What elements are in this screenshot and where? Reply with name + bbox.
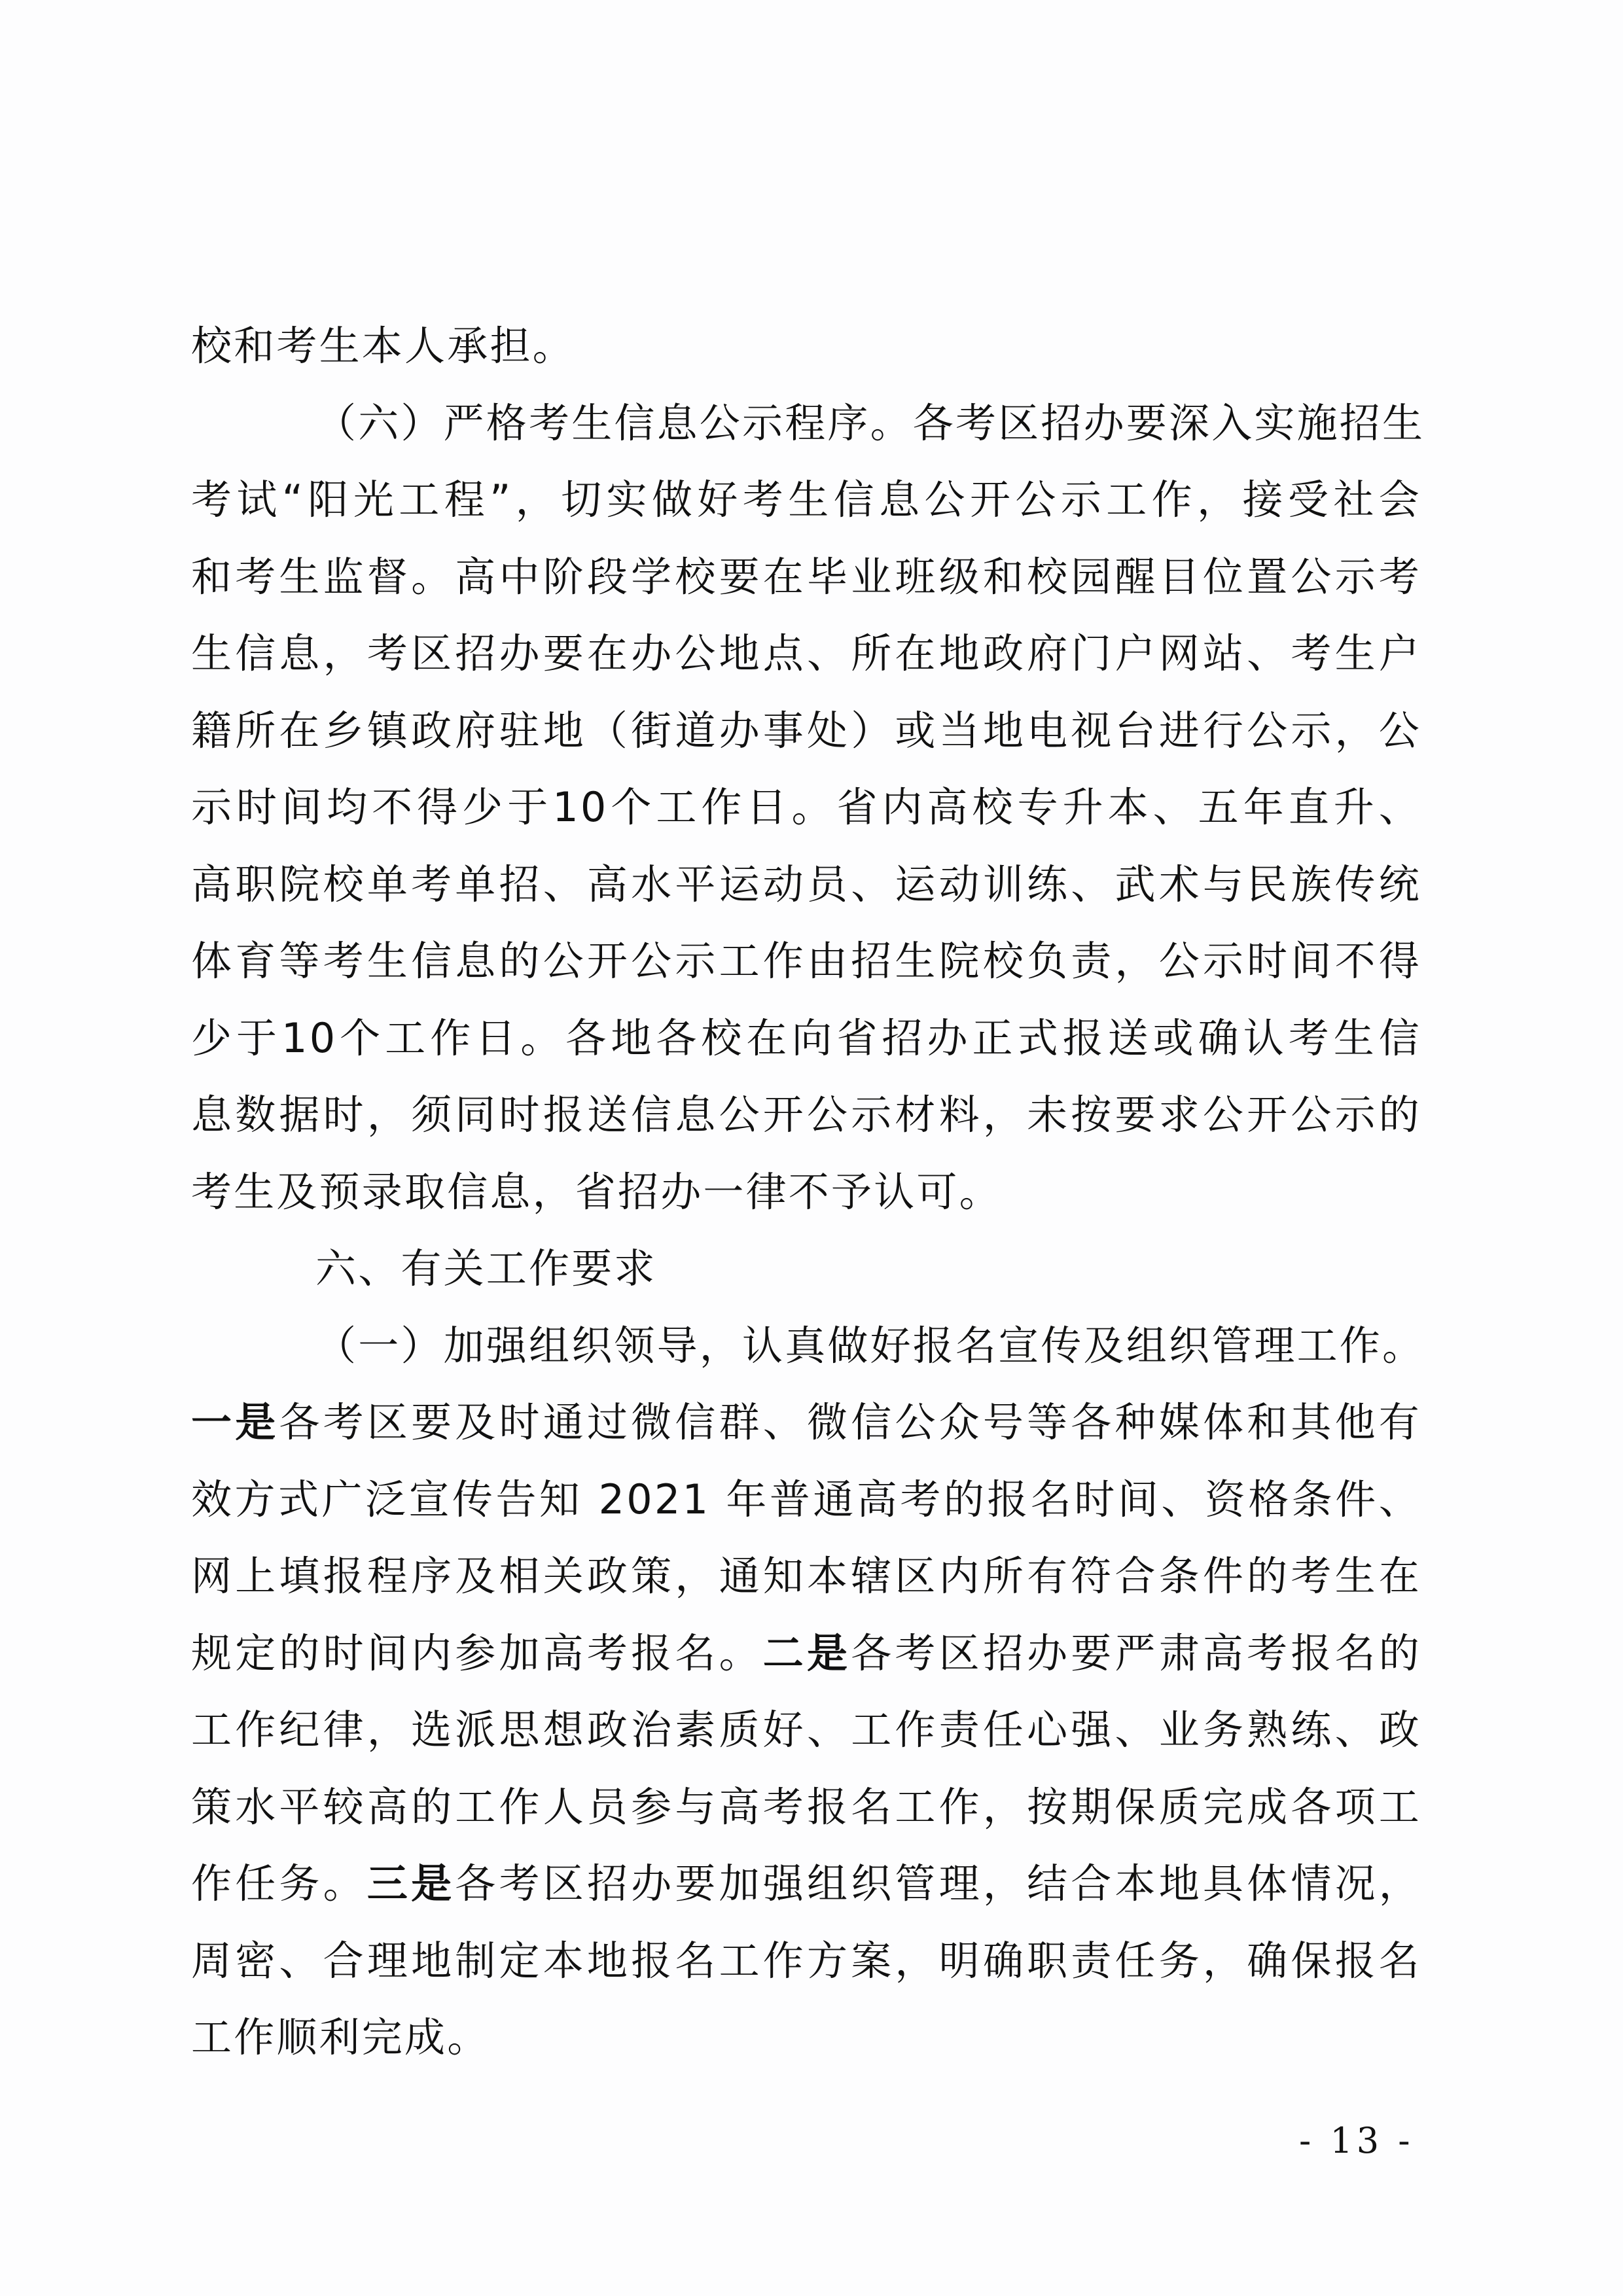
text-segment: 工作顺利完成。 bbox=[191, 2013, 490, 2061]
text-segment: 规定的时间内参加高考报名。 bbox=[191, 1629, 763, 1677]
text-line: 示时间均不得少于10个工作日。省内高校专升本、五年直升、 bbox=[191, 769, 1421, 846]
text-line: 规定的时间内参加高考报名。二是各考区招办要严肃高考报名的 bbox=[191, 1615, 1421, 1692]
text-line: 体育等考生信息的公开公示工作由招生院校负责，公示时间不得 bbox=[191, 923, 1421, 1000]
text-segment: 工作纪律，选派思想政治素质好、工作责任心强、业务熟练、政 bbox=[191, 1706, 1421, 1754]
text-line: 少于10个工作日。各地各校在向省招办正式报送或确认考生信 bbox=[191, 1000, 1421, 1077]
text-line: 工作顺利完成。 bbox=[191, 1999, 1421, 2076]
text-line: 和考生监督。高中阶段学校要在毕业班级和校园醒目位置公示考 bbox=[191, 539, 1421, 616]
text-segment: 六、有关工作要求 bbox=[315, 1245, 657, 1292]
text-segment: 各考区招办要加强组织管理，结合本地具体情况， bbox=[455, 1860, 1421, 1907]
text-segment: 网上填报程序及相关政策，通知本辖区内所有符合条件的考生在 bbox=[191, 1552, 1421, 1600]
text-line: 高职院校单考单招、高水平运动员、运动训练、武术与民族传统 bbox=[191, 846, 1421, 923]
text-line: 校和考生本人承担。 bbox=[191, 308, 1421, 385]
text-segment: 效方式广泛宣传告知 2021 年普通高考的报名时间、资格条件、 bbox=[191, 1475, 1421, 1523]
text-segment: 考生及预录取信息，省招办一律不予认可。 bbox=[191, 1168, 1002, 1216]
document-page: 校和考生本人承担。（六）严格考生信息公示程序。各考区招办要深入实施招生考试“阳光… bbox=[0, 0, 1623, 2296]
text-segment: 各考区要及时通过微信群、微信公众号等各种媒体和其他有 bbox=[279, 1398, 1421, 1446]
text-line: 效方式广泛宣传告知 2021 年普通高考的报名时间、资格条件、 bbox=[191, 1461, 1421, 1538]
section-heading: 六、有关工作要求 bbox=[191, 1230, 1421, 1307]
text-segment: 少于10个工作日。各地各校在向省招办正式报送或确认考生信 bbox=[191, 1014, 1421, 1062]
text-line: 周密、合理地制定本地报名工作方案，明确职责任务，确保报名 bbox=[191, 1922, 1421, 2000]
page-number: - 13 - bbox=[1299, 2120, 1414, 2161]
text-line: 息数据时，须同时报送信息公开公示材料，未按要求公开公示的 bbox=[191, 1076, 1421, 1154]
body-text: 校和考生本人承担。（六）严格考生信息公示程序。各考区招办要深入实施招生考试“阳光… bbox=[191, 308, 1421, 2076]
text-segment: （六）严格考生信息公示程序。各考区招办要深入实施招生 bbox=[315, 399, 1425, 447]
text-segment: （一）加强组织领导，认真做好报名宣传及组织管理工作。 bbox=[315, 1322, 1425, 1369]
text-line: 考试“阳光工程”，切实做好考生信息公开公示工作，接受社会 bbox=[191, 461, 1421, 539]
text-segment: 示时间均不得少于10个工作日。省内高校专升本、五年直升、 bbox=[191, 783, 1421, 831]
text-line: （六）严格考生信息公示程序。各考区招办要深入实施招生 bbox=[191, 385, 1421, 462]
text-segment: 作任务。 bbox=[191, 1860, 367, 1907]
text-line: （一）加强组织领导，认真做好报名宣传及组织管理工作。 bbox=[191, 1307, 1421, 1385]
emphasis-label: 二是 bbox=[763, 1629, 851, 1677]
text-line: 策水平较高的工作人员参与高考报名工作，按期保质完成各项工 bbox=[191, 1769, 1421, 1846]
text-segment: 各考区招办要严肃高考报名的 bbox=[851, 1629, 1421, 1677]
text-line: 工作纪律，选派思想政治素质好、工作责任心强、业务熟练、政 bbox=[191, 1691, 1421, 1769]
text-segment: 考试“阳光工程”，切实做好考生信息公开公示工作，接受社会 bbox=[191, 476, 1421, 523]
text-segment: 周密、合理地制定本地报名工作方案，明确职责任务，确保报名 bbox=[191, 1937, 1421, 1985]
text-segment: 高职院校单考单招、高水平运动员、运动训练、武术与民族传统 bbox=[191, 860, 1421, 908]
text-segment: 体育等考生信息的公开公示工作由招生院校负责，公示时间不得 bbox=[191, 937, 1421, 985]
text-segment: 生信息，考区招办要在办公地点、所在地政府门户网站、考生户 bbox=[191, 629, 1421, 677]
text-line: 网上填报程序及相关政策，通知本辖区内所有符合条件的考生在 bbox=[191, 1538, 1421, 1615]
text-line: 作任务。三是各考区招办要加强组织管理，结合本地具体情况， bbox=[191, 1845, 1421, 1922]
text-segment: 息数据时，须同时报送信息公开公示材料，未按要求公开公示的 bbox=[191, 1091, 1421, 1139]
text-segment: 籍所在乡镇政府驻地（街道办事处）或当地电视台进行公示，公 bbox=[191, 707, 1421, 754]
text-line: 籍所在乡镇政府驻地（街道办事处）或当地电视台进行公示，公 bbox=[191, 692, 1421, 769]
text-segment: 和考生监督。高中阶段学校要在毕业班级和校园醒目位置公示考 bbox=[191, 553, 1421, 601]
text-line: 一是各考区要及时通过微信群、微信公众号等各种媒体和其他有 bbox=[191, 1384, 1421, 1461]
text-segment: 策水平较高的工作人员参与高考报名工作，按期保质完成各项工 bbox=[191, 1783, 1421, 1831]
text-line: 考生及预录取信息，省招办一律不予认可。 bbox=[191, 1154, 1421, 1231]
text-line: 生信息，考区招办要在办公地点、所在地政府门户网站、考生户 bbox=[191, 615, 1421, 692]
emphasis-label: 三是 bbox=[367, 1860, 455, 1907]
text-segment: 校和考生本人承担。 bbox=[191, 322, 575, 370]
emphasis-label: 一是 bbox=[191, 1398, 279, 1446]
